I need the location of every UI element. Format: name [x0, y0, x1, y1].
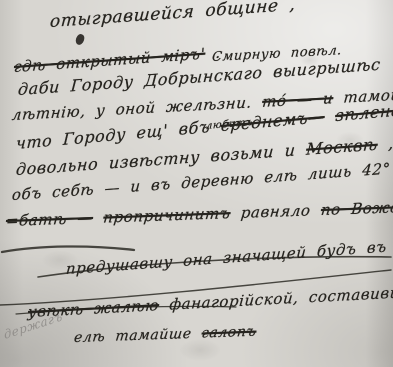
struck-text: галопъ [201, 324, 257, 342]
line-1-heading: отыгравшейся общине , [49, 0, 296, 32]
ink-blot [74, 33, 85, 46]
handwriting-text: елѣ тамайше [73, 326, 202, 347]
struck-text: =батѣ — [5, 209, 94, 230]
manuscript-page: отыгравшейся общине ,гдѣ открытый міръ' … [0, 0, 393, 367]
handwriting-text: , и [377, 132, 393, 154]
handwriting-text: равняло [230, 201, 322, 222]
line-11: елѣ тамайше галопъ [73, 324, 257, 346]
struck-text: по Вождѣнія [320, 197, 393, 219]
struck-text: пропричинитъ [102, 204, 231, 227]
struck-text: жалѣю [93, 296, 159, 318]
handwriting-text: фанагорійской, составившія [158, 282, 393, 314]
line-8: =батѣ — пропричинитъ равняло по Вождѣнія [5, 197, 393, 230]
handwriting-text: отыгравшейся общине , [49, 0, 296, 32]
line-9: предушавшу она значащей будъ въ Россіи [65, 233, 393, 278]
handwriting-text: предушавшу она значащей будъ въ Россіи [65, 233, 393, 278]
flourish-stroke-left-heavy [2, 246, 134, 252]
struck-text: Москвѣ [306, 135, 379, 159]
line-10: увѣкѣ жалѣю фанагорійской, составившія [27, 282, 393, 321]
